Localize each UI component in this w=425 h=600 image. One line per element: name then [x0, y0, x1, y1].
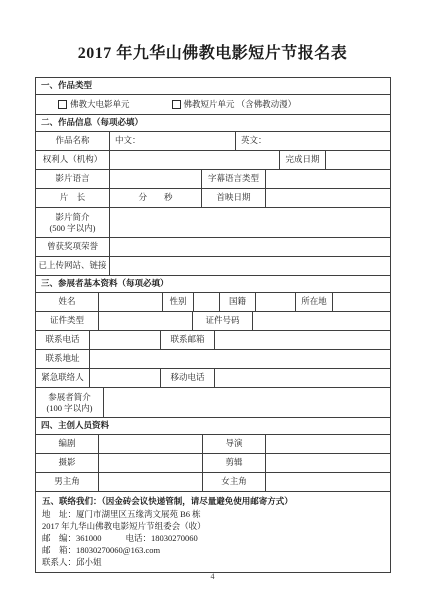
field-gender[interactable] [193, 293, 219, 311]
awards-row: 曾获奖项荣誉 [36, 238, 390, 257]
label-id-number: 证件号码 [192, 312, 252, 330]
field-nationality[interactable] [255, 293, 295, 311]
label-emergency-contact: 紧急联络人 [36, 369, 89, 387]
lead-actor-actress-row: 男主角 女主角 [36, 473, 390, 492]
section-work-info-header: 二、作品信息（每项必填） [36, 115, 390, 131]
section-crew-header: 四、主创人员资料 [36, 418, 390, 434]
contact-email-label: 邮 箱： [42, 545, 76, 555]
field-editor[interactable] [265, 454, 390, 472]
label-nationality: 国籍 [219, 293, 255, 311]
work-type-options-row: 佛教大电影单元 佛教短片单元 （含佛教动漫） [36, 95, 390, 115]
contact-person-value: 邱小姐 [76, 557, 102, 567]
contact-address-row: 联系地址 [36, 350, 390, 369]
label-participant-bio-line1: 参展者简介 [48, 392, 91, 403]
zip-code-value: 361000 [76, 533, 102, 543]
field-participant-bio[interactable] [103, 388, 390, 417]
work-type-options-cell: 佛教大电影单元 佛教短片单元 （含佛教动漫） [36, 95, 390, 114]
option-buddhist-short-film[interactable]: 佛教短片单元 （含佛教动漫） [172, 100, 297, 110]
label-lead-actor: 男主角 [36, 473, 98, 491]
contact-addressee-line: 2017 年九华山佛教电影短片节组委会（收） [42, 520, 384, 532]
section-work-info-header-row: 二、作品信息（每项必填） [36, 115, 390, 132]
contact-phone-row: 联系电话 联系邮箱 [36, 331, 390, 350]
label-contact-address: 联系地址 [36, 350, 89, 368]
document-page: 2017 年九华山佛教电影短片节报名表 一、作品类型 佛教大电影单元 佛教短片单… [0, 0, 425, 600]
label-premiere-date: 首映日期 [201, 189, 265, 207]
uploaded-links-row: 已上传网站、链接 [36, 257, 390, 276]
page-number: 4 [0, 572, 425, 581]
label-participant-bio-line2: (100 字以内) [46, 403, 92, 414]
field-lead-actress[interactable] [265, 473, 390, 491]
label-chinese: 中文： [115, 136, 141, 146]
label-film-length: 片 长 [36, 189, 109, 207]
field-contact-phone[interactable] [89, 331, 160, 349]
contact-address-line: 地 址：厦门市湖里区五缘湾文展苑 B6 栋 [42, 508, 384, 520]
contact-person-line: 联系人：邱小姐 [42, 556, 384, 568]
screenwriter-director-row: 编剧 导演 [36, 435, 390, 454]
field-photography[interactable] [98, 454, 202, 472]
contact-address-value: 厦门市湖里区五缘湾文展苑 B6 栋 [76, 509, 201, 519]
option-buddhist-feature-film-label: 佛教大电影单元 [70, 100, 130, 110]
label-screenwriter: 编剧 [36, 435, 98, 453]
field-premiere-date[interactable] [265, 189, 390, 207]
field-film-synopsis[interactable] [109, 208, 390, 237]
photography-editor-row: 摄影 剪辑 [36, 454, 390, 473]
field-emergency-contact[interactable] [89, 369, 160, 387]
label-name: 姓名 [36, 293, 98, 311]
field-work-title-cn[interactable]: 中文： [109, 132, 235, 150]
field-film-language[interactable] [109, 170, 201, 188]
participant-bio-row: 参展者简介 (100 字以内) [36, 388, 390, 418]
field-mobile-phone[interactable] [214, 369, 390, 387]
label-rights-holder: 权利人（机构） [36, 151, 109, 169]
rights-holder-row: 权利人（机构） 完成日期 [36, 151, 390, 170]
id-document-row: 证件类型 证件号码 [36, 312, 390, 331]
section-participant-header-row: 三、参展者基本资料（每项必填） [36, 276, 390, 293]
label-director: 导演 [202, 435, 265, 453]
label-photography: 摄影 [36, 454, 98, 472]
label-editor: 剪辑 [202, 454, 265, 472]
field-work-title-en[interactable]: 英文： [235, 132, 390, 150]
label-film-language: 影片语言 [36, 170, 109, 188]
label-work-title: 作品名称 [36, 132, 109, 150]
field-lead-actor[interactable] [98, 473, 202, 491]
field-name[interactable] [98, 293, 162, 311]
film-length-row: 片 长 分 秒 首映日期 [36, 189, 390, 208]
label-contact-email: 联系邮箱 [160, 331, 214, 349]
section-crew-header-row: 四、主创人员资料 [36, 418, 390, 435]
checkbox-icon[interactable] [172, 100, 181, 109]
label-lead-actress: 女主角 [202, 473, 265, 491]
field-rights-holder[interactable] [109, 151, 279, 169]
page-title: 2017 年九华山佛教电影短片节报名表 [0, 40, 425, 63]
field-contact-address[interactable] [89, 350, 390, 368]
section-participant-header: 三、参展者基本资料（每项必填） [36, 276, 390, 292]
field-id-number[interactable] [252, 312, 390, 330]
film-language-row: 影片语言 字幕语言类型 [36, 170, 390, 189]
checkbox-icon[interactable] [58, 100, 67, 109]
label-english: 英文： [241, 136, 267, 146]
label-id-type: 证件类型 [36, 312, 98, 330]
film-synopsis-row: 影片简介 (500 字以内) [36, 208, 390, 238]
telephone-value: 18030270060 [151, 533, 198, 543]
contact-email-value: 18030270060@163.com [76, 545, 160, 555]
field-uploaded-links[interactable] [109, 257, 390, 275]
label-subtitle-language: 字幕语言类型 [201, 170, 265, 188]
label-film-synopsis-line1: 影片简介 [55, 212, 89, 223]
emergency-contact-row: 紧急联络人 移动电话 [36, 369, 390, 388]
label-mobile-phone: 移动电话 [160, 369, 214, 387]
work-title-row: 作品名称 中文： 英文： [36, 132, 390, 151]
telephone-label: 电话： [126, 533, 152, 543]
field-awards[interactable] [109, 238, 390, 256]
contact-zip-tel-line: 邮 编：361000电话：18030270060 [42, 532, 384, 544]
option-buddhist-short-film-label: 佛教短片单元 （含佛教动漫） [184, 100, 297, 110]
field-screenwriter[interactable] [98, 435, 202, 453]
label-completion-date: 完成日期 [279, 151, 325, 169]
field-subtitle-language[interactable] [265, 170, 390, 188]
option-buddhist-feature-film[interactable]: 佛教大电影单元 [58, 100, 130, 110]
label-film-synopsis-line2: (500 字以内) [49, 223, 95, 234]
field-location[interactable] [332, 293, 390, 311]
registration-form-table: 一、作品类型 佛教大电影单元 佛教短片单元 （含佛教动漫） 二、作品信息（每项必… [35, 77, 391, 573]
label-location: 所在地 [295, 293, 332, 311]
field-id-type[interactable] [98, 312, 192, 330]
field-director[interactable] [265, 435, 390, 453]
label-gender: 性别 [162, 293, 193, 311]
section-contact-us-header: 五、联络我们：（因金砖会议快递管制，请尽量避免使用邮寄方式） [42, 495, 384, 508]
section-work-type-header-row: 一、作品类型 [36, 78, 390, 95]
field-completion-date[interactable] [325, 151, 390, 169]
label-contact-phone: 联系电话 [36, 331, 89, 349]
label-awards: 曾获奖项荣誉 [36, 238, 109, 256]
field-film-length-min-sec[interactable]: 分 秒 [109, 189, 201, 207]
participant-identity-row: 姓名 性别 国籍 所在地 [36, 293, 390, 312]
zip-code-label: 邮 编： [42, 533, 76, 543]
label-participant-bio: 参展者简介 (100 字以内) [36, 388, 103, 417]
contact-email-line: 邮 箱：18030270060@163.com [42, 544, 384, 556]
contact-us-row: 五、联络我们：（因金砖会议快递管制，请尽量避免使用邮寄方式） 地 址：厦门市湖里… [36, 492, 390, 572]
contact-person-label: 联系人： [42, 557, 76, 567]
label-film-synopsis: 影片简介 (500 字以内) [36, 208, 109, 237]
label-uploaded-links: 已上传网站、链接 [36, 257, 109, 275]
field-contact-email[interactable] [214, 331, 390, 349]
section-work-type-header: 一、作品类型 [36, 78, 390, 94]
contact-address-label: 地 址： [42, 509, 76, 519]
contact-us-block: 五、联络我们：（因金砖会议快递管制，请尽量避免使用邮寄方式） 地 址：厦门市湖里… [36, 492, 390, 572]
